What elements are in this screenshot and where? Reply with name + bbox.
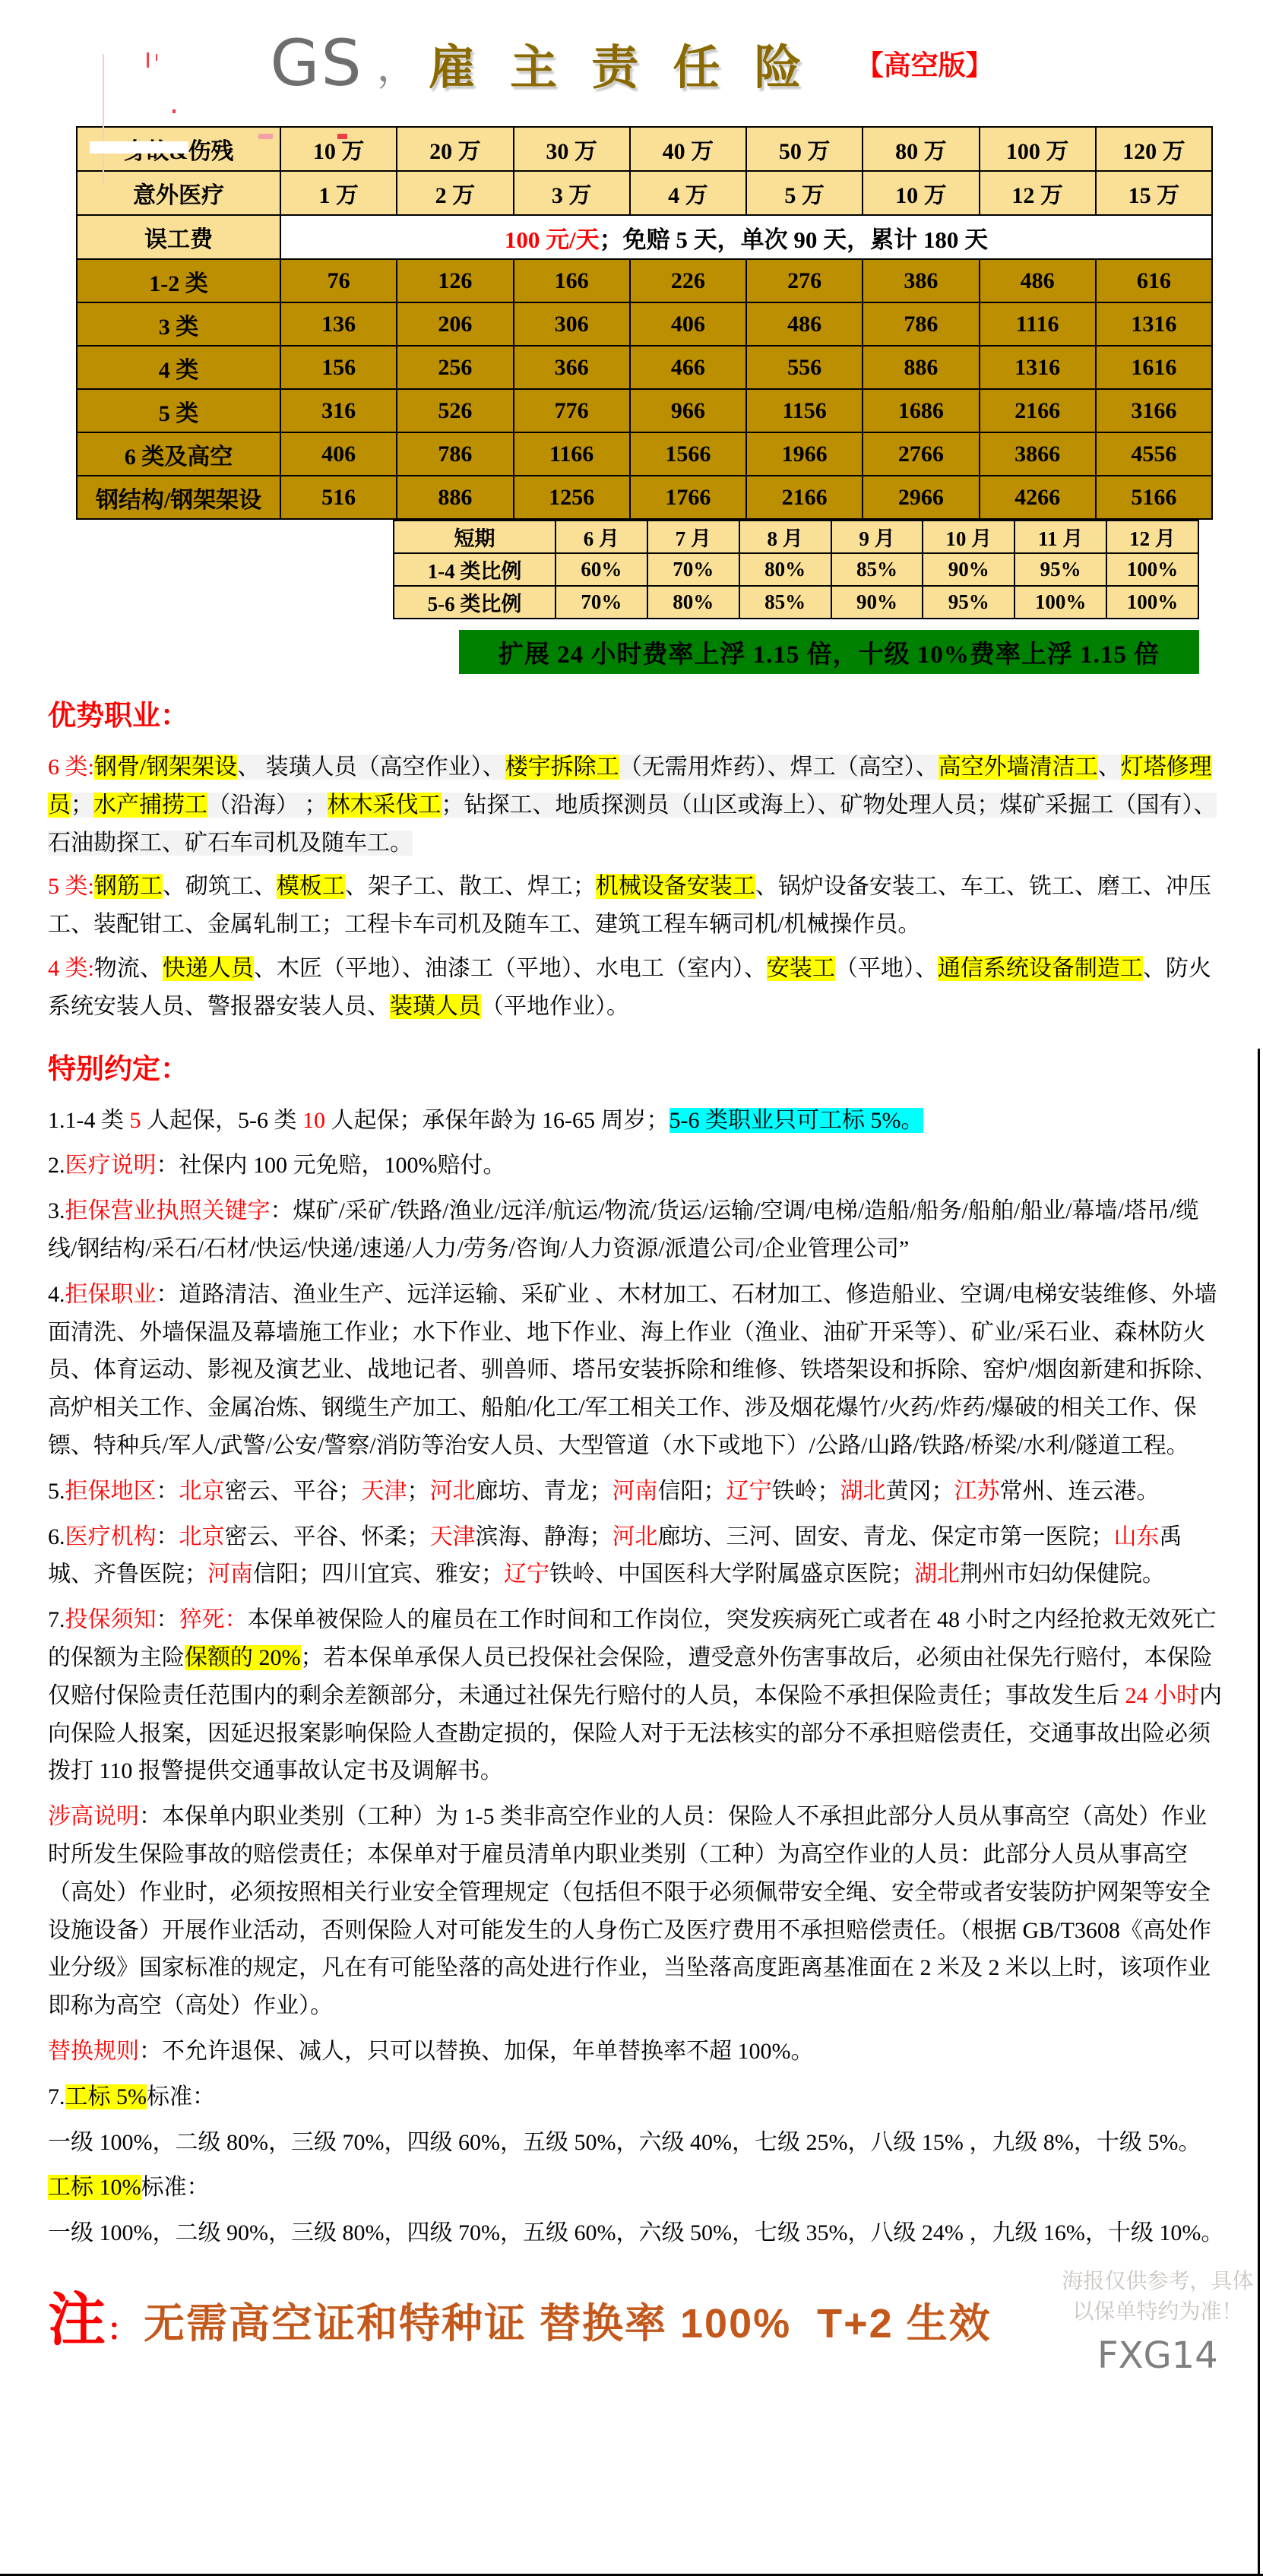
short-table-body: 短期6 月7 月8 月9 月10 月11 月12 月1-4 类比例60%70%8…: [394, 521, 1198, 619]
row-label: 3 类: [77, 302, 280, 346]
row-label: 意外医疗: [77, 171, 280, 215]
row-label: 4 类: [77, 346, 280, 389]
text-segment: 铁岭；: [772, 1479, 840, 1504]
row-label: 6 类及高空: [77, 432, 280, 476]
rate-cell: 616: [1096, 259, 1212, 302]
rate-cell: 1566: [630, 432, 746, 476]
text-segment: 安装工: [767, 956, 835, 981]
text-segment: 河南: [207, 1562, 253, 1587]
note-text: 无需高空证和特种证 替换率 100% T+2 生效: [144, 2291, 992, 2350]
rate-cell: 486: [980, 259, 1096, 302]
rate-cell: 4556: [1096, 432, 1212, 476]
text-segment: 快递人员: [163, 956, 254, 981]
short-term-cell: 70%: [647, 553, 739, 586]
text-segment: 一级 100%，二级 90%，三级 80%，四级 70%，五级 60%，六级 5…: [48, 2220, 1223, 2245]
short-term-cell: 70%: [556, 586, 647, 619]
text-segment: 装璜人员: [390, 994, 481, 1019]
text-segment: 机械设备安装工: [596, 874, 755, 899]
rate-cell: 126: [397, 259, 513, 302]
rate-cell: 3 万: [514, 171, 630, 215]
rate-cell: 166: [514, 259, 630, 302]
rate-cell: 1116: [980, 302, 1096, 346]
text-segment: 河北: [430, 1479, 476, 1504]
text-segment: 拒保职业: [65, 1282, 157, 1307]
grade-5-values: 一级 100%，二级 80%，三级 70%，四级 60%，五级 50%，六级 4…: [48, 2124, 1225, 2162]
special-item-1: 1.1-4 类 5 人起保，5-6 类 10 人起保；承保年龄为 16-65 周…: [48, 1102, 1225, 1140]
short-term-header-cell: 短期: [394, 521, 556, 553]
page-title: 雇 主 责 任 险: [429, 30, 812, 97]
short-term-table: 短期6 月7 月8 月9 月10 月11 月12 月1-4 类比例60%70%8…: [393, 520, 1199, 619]
short-term-cell: 100%: [1106, 586, 1198, 619]
disclaimer-text: 海报仅供参考，具体以保单特约为准！: [1052, 2264, 1263, 2325]
rate-row: 6 类及高空406786116615661966276638664556: [77, 432, 1212, 476]
rate-cell: 5 万: [746, 171, 863, 215]
text-segment: 林木采伐工: [328, 793, 442, 818]
text-segment: 钢骨/钢架架设: [94, 755, 237, 780]
rate-row: 意外医疗1 万2 万3 万4 万5 万10 万12 万15 万: [77, 171, 1212, 215]
rate-cell: 786: [397, 432, 513, 476]
short-term-header-cell: 7 月: [647, 521, 739, 553]
rate-cell: 1616: [1096, 346, 1212, 389]
text-segment: 保额的 20%: [185, 1645, 301, 1670]
short-term-header-row: 短期6 月7 月8 月9 月10 月11 月12 月: [394, 521, 1198, 553]
text-segment: 6.: [48, 1524, 65, 1549]
text-segment: （无需用炸药）、焊工（高空）、: [619, 755, 939, 780]
text-segment: 湖北: [914, 1562, 960, 1587]
text-segment: ；: [407, 1479, 430, 1504]
text-segment: 铁岭、中国医科大学附属盛京医院；: [549, 1562, 914, 1587]
rate-cell: 406: [630, 302, 746, 346]
rate-cell: 256: [397, 346, 513, 389]
rate-cell: 4266: [980, 476, 1096, 519]
artifact-pink-line: [103, 54, 104, 184]
sections: 优势职业：6 类:钢骨/钢架架设、 装璜人员（高空作业）、楼宇拆除工（无需用炸药…: [48, 692, 1225, 2252]
text-segment: 24 小时: [1125, 1683, 1200, 1708]
row-label: 5 类: [77, 389, 280, 432]
text-segment: ：道路清洁、渔业生产、远洋运输、采矿业 、木材加工、石材加工、修造船业、空调/电…: [48, 1282, 1217, 1458]
short-term-cell: 80%: [739, 553, 831, 586]
text-segment: 7.: [48, 2084, 65, 2109]
text-segment: （平地）、: [835, 956, 938, 981]
rate-cell: 886: [397, 476, 513, 519]
text-segment: 标准：: [147, 2084, 215, 2109]
rate-row: 5 类3165267769661156168621663166: [77, 389, 1212, 432]
rate-cell: 80 万: [863, 127, 979, 171]
text-segment: 信阳；: [658, 1479, 726, 1504]
text-segment: 天津: [362, 1479, 407, 1504]
short-term-header-cell: 6 月: [556, 521, 647, 553]
text-segment: 滨海、静海；: [476, 1524, 613, 1549]
version-badge: 【高空版】: [856, 44, 993, 83]
rate-cell: 556: [746, 346, 863, 389]
short-term-cell: 95%: [923, 586, 1015, 619]
company-logo: GS: [270, 26, 362, 100]
rate-row: 4 类15625636646655688613161616: [77, 346, 1212, 389]
text-segment: 拒保地区: [65, 1479, 157, 1504]
header: GS，雇 主 责 任 险【高空版】: [0, 0, 1263, 100]
text-segment: ：: [157, 1479, 179, 1504]
short-term-header-cell: 9 月: [831, 521, 923, 553]
short-term-header-cell: 8 月: [739, 521, 831, 553]
special-item-6: 6.医疗机构：北京密云、平谷、怀柔；天津滨海、静海；河北廊坊、三河、固安、青龙、…: [48, 1518, 1225, 1594]
text-segment: 北京: [179, 1524, 225, 1549]
row-label: 钢结构/钢架架设: [77, 476, 280, 519]
short-term-cell: 80%: [647, 586, 739, 619]
rate-cell: 786: [863, 302, 979, 346]
rate-cell: 120 万: [1096, 127, 1212, 171]
rate-cell: 966: [630, 389, 746, 432]
rate-cell: 1166: [514, 432, 630, 476]
text-segment: 钢筋工: [94, 874, 163, 899]
rate-cell: 366: [514, 346, 630, 389]
grade-10-values: 一级 100%，二级 90%，三级 80%，四级 70%，五级 60%，六级 5…: [48, 2214, 1225, 2252]
rate-cell: 1316: [1096, 302, 1212, 346]
high-altitude-note: 涉高说明：本保单内职业类别（工种）为 1-5 类非高空作业的人员：保险人不承担此…: [48, 1798, 1225, 2025]
text-segment: 一级 100%，二级 80%，三级 70%，四级 60%，五级 50%，六级 4…: [48, 2130, 1201, 2155]
text-segment: 10: [302, 1108, 331, 1133]
rate-cell: 15 万: [1096, 171, 1212, 215]
text-segment: 人起保；承保年龄为 16-65 周岁；: [331, 1108, 669, 1133]
text-segment: 楼宇拆除工: [505, 755, 619, 780]
text-segment: 、: [1098, 755, 1121, 780]
rate-cell: 12 万: [980, 171, 1096, 215]
rate-cell: 1256: [514, 476, 630, 519]
special-item-5: 5.拒保地区：北京密云、平谷；天津；河北廊坊、青龙；河南信阳；辽宁铁岭；湖北黄冈…: [48, 1473, 1225, 1511]
special-item-7: 7.投保须知：猝死：本保单被保险人的雇员在工作时间和工作岗位，突发疾病死亡或者在…: [48, 1601, 1225, 1790]
artifact-red-dot: [173, 109, 176, 113]
text-segment: 涉高说明: [48, 1804, 139, 1829]
text-segment: 医疗说明: [65, 1153, 157, 1178]
rate-cell: 776: [514, 389, 630, 432]
rate-cell: 10 万: [863, 171, 979, 215]
rate-cell: 386: [863, 259, 979, 302]
short-term-cell: 90%: [923, 553, 1015, 586]
text-segment: 水产捕捞工: [93, 793, 207, 818]
text-segment: 通信系统设备制造工: [938, 956, 1143, 981]
text-segment: 天津: [430, 1524, 476, 1549]
rate-cell: 316: [280, 389, 397, 432]
rate-cell: 276: [746, 259, 863, 302]
text-segment: 黄冈；: [886, 1479, 954, 1504]
text-segment: 2.: [48, 1153, 65, 1178]
text-segment: 北京: [179, 1479, 225, 1504]
rate-cell: 226: [630, 259, 746, 302]
artifact-white-patch: [90, 141, 188, 153]
short-term-header-cell: 10 月: [923, 521, 1015, 553]
rate-cell: 466: [630, 346, 746, 389]
text-segment: 模板工: [277, 874, 345, 899]
text-segment: 密云、平谷、怀柔；: [225, 1524, 430, 1549]
text-segment: ：社保内 100 元免赔，100%赔付。: [157, 1153, 506, 1178]
short-term-header-cell: 12 月: [1106, 521, 1198, 553]
text-segment: （沿海） ；: [207, 793, 328, 818]
grade-5-title: 7.工标 5%标准：: [48, 2078, 1225, 2116]
header-comma: ，: [377, 34, 418, 93]
footer-right: 海报仅供参考，具体以保单特约为准！ FXG14: [1052, 2264, 1263, 2377]
rate-cell: 2166: [980, 389, 1096, 432]
artifact-red-tick: [156, 54, 157, 61]
rate-cell: 20 万: [397, 127, 513, 171]
text-segment: 物流、: [94, 956, 163, 981]
text-segment: （平地作业）。: [481, 994, 629, 1019]
text-segment: 5.: [48, 1479, 65, 1504]
text-segment: 4.: [48, 1282, 65, 1307]
rate-cell: 3866: [980, 432, 1096, 476]
artifact-pink-dash: [258, 134, 273, 139]
section-heading: 优势职业：: [48, 692, 1225, 733]
text-segment: 、 装璜人员（高空作业）、: [237, 755, 505, 780]
text-segment: ：: [157, 1524, 179, 1549]
rate-cell: 206: [397, 302, 513, 346]
page-right-border: [1258, 1049, 1260, 2576]
note-colon: ：: [107, 2305, 138, 2349]
class-4-paragraph: 4 类:物流、快递人员、木匠（平地）、油漆工（平地）、水电工（室内）、安装工（平…: [48, 950, 1225, 1026]
grade-10-title: 工标 10%标准：: [48, 2169, 1225, 2207]
rate-cell: 886: [863, 346, 979, 389]
text-segment: 5: [130, 1108, 147, 1133]
rate-cell: 2766: [863, 432, 979, 476]
rate-cell: 516: [280, 476, 397, 519]
text-segment: ：不允许退保、减人，只可以替换、加保，年单替换率不超 100%。: [139, 2039, 814, 2064]
rate-cell: 4 万: [630, 171, 746, 215]
text-segment: 6 类:: [48, 755, 94, 780]
rate-table-body: 身故&伤残10 万20 万30 万40 万50 万80 万100 万120 万意…: [77, 127, 1212, 519]
rate-cell: 526: [397, 389, 513, 432]
wage-highlight: 100 元/天: [505, 226, 600, 253]
poster-code: FXG14: [1052, 2334, 1263, 2377]
short-term-cell: 85%: [831, 553, 923, 586]
text-segment: 辽宁: [726, 1479, 772, 1504]
rate-cell: 2966: [863, 476, 979, 519]
text-segment: 拒保营业执照关键字: [65, 1198, 271, 1223]
short-term-cell: 90%: [831, 586, 923, 619]
rate-row: 身故&伤残10 万20 万30 万40 万50 万80 万100 万120 万: [77, 127, 1212, 171]
note-label: 注: [48, 2292, 106, 2350]
special-item-4: 4.拒保职业：道路清洁、渔业生产、远洋运输、采矿业 、木材加工、石材加工、修造船…: [48, 1276, 1225, 1465]
text-segment: ：本保单内职业类别（工种）为 1-5 类非高空作业的人员：保险人不承担此部分人员…: [48, 1804, 1211, 2018]
wage-rest: ；免赔 5 天，单次 90 天，累计 180 天: [600, 226, 989, 253]
text-segment: 4 类:: [48, 956, 94, 981]
text-segment: 湖北: [840, 1479, 886, 1504]
surcharge-banner: 扩展 24 小时费率上浮 1.15 倍，十级 10%费率上浮 1.15 倍: [459, 630, 1199, 674]
short-term-row: 1-4 类比例60%70%80%85%90%95%100%: [394, 553, 1198, 586]
text-segment: ：: [157, 1607, 179, 1632]
class-6-paragraph: 6 类:钢骨/钢架架设、 装璜人员（高空作业）、楼宇拆除工（无需用炸药）、焊工（…: [48, 748, 1225, 862]
text-segment: 5-6 类职业只可工标 5%。: [669, 1108, 924, 1133]
row-label: 5-6 类比例: [394, 586, 556, 619]
class-5-paragraph: 5 类:钢筋工、砌筑工、模板工、架子工、散工、焊工；机械设备安装工、锅炉设备安装…: [48, 868, 1225, 944]
text-segment: 廊坊、三河、固安、青龙、保定市第一医院；: [658, 1524, 1114, 1549]
rate-row: 1-2 类76126166226276386486616: [77, 259, 1212, 302]
text-segment: 河北: [613, 1524, 658, 1549]
text-segment: 投保须知: [65, 1607, 157, 1632]
short-term-cell: 100%: [1015, 586, 1106, 619]
rate-cell: 1686: [863, 389, 979, 432]
text-segment: 常州、连云港。: [1000, 1479, 1160, 1504]
row-label: 误工费: [77, 215, 280, 259]
text-segment: 工标 10%: [48, 2175, 141, 2200]
text-segment: 辽宁: [504, 1562, 549, 1587]
text-segment: ；: [71, 793, 93, 818]
wage-row: 误工费100 元/天；免赔 5 天，单次 90 天，累计 180 天: [77, 215, 1212, 259]
short-term-cell: 100%: [1106, 553, 1198, 586]
text-segment: 人起保，5-6 类: [147, 1108, 302, 1133]
rate-cell: 1966: [746, 432, 863, 476]
rate-cell: 1156: [746, 389, 863, 432]
text-segment: 医疗机构: [65, 1524, 157, 1549]
text-segment: 工标 5%: [65, 2084, 147, 2109]
rate-cell: 30 万: [514, 127, 630, 171]
text-segment: 江苏: [954, 1479, 1000, 1504]
short-term-cell: 85%: [739, 586, 831, 619]
text-segment: 高空外墙清洁工: [939, 755, 1098, 780]
special-item-3: 3.拒保营业执照关键字：煤矿/采矿/铁路/渔业/远洋/航运/物流/货运/运输/空…: [48, 1192, 1225, 1268]
rate-cell: 2166: [746, 476, 863, 519]
text-segment: 、木匠（平地）、油漆工（平地）、水电工（室内）、: [254, 956, 767, 981]
text-segment: 1.1-4 类: [48, 1108, 130, 1133]
text-segment: 信阳；四川宜宾、雅安；: [253, 1562, 504, 1587]
footer: 注 ： 无需高空证和特种证 替换率 100% T+2 生效 海报仅供参考，具体以…: [48, 2264, 1263, 2377]
rate-row: 3 类13620630640648678611161316: [77, 302, 1212, 346]
rate-cell: 1 万: [280, 171, 397, 215]
rate-cell: 1766: [630, 476, 746, 519]
rate-cell: 2 万: [397, 171, 513, 215]
poster-page: GS，雇 主 责 任 险【高空版】 身故&伤残10 万20 万30 万40 万5…: [0, 0, 1263, 2576]
short-term-row: 5-6 类比例70%80%85%90%95%100%100%: [394, 586, 1198, 619]
rate-cell: 486: [746, 302, 863, 346]
short-term-header-cell: 11 月: [1015, 521, 1106, 553]
short-term-cell: 60%: [556, 553, 647, 586]
replacement-rule: 替换规则：不允许退保、减人，只可以替换、加保，年单替换率不超 100%。: [48, 2033, 1225, 2071]
rate-cell: 406: [280, 432, 397, 476]
rate-row: 钢结构/钢架架设516886125617662166296642665166: [77, 476, 1212, 519]
text-segment: 3.: [48, 1198, 65, 1223]
text-segment: 7.: [48, 1607, 65, 1632]
rate-cell: 76: [280, 259, 397, 302]
row-label: 1-4 类比例: [394, 553, 556, 586]
rate-cell: 40 万: [630, 127, 746, 171]
text-segment: 山东: [1114, 1524, 1160, 1549]
section-heading: 特别约定：: [48, 1046, 1225, 1087]
rate-cell: 136: [280, 302, 397, 346]
text-segment: 廊坊、青龙；: [476, 1479, 613, 1504]
text-segment: 、架子工、散工、焊工；: [345, 874, 596, 899]
rate-cell: 100 万: [980, 127, 1096, 171]
row-label: 1-2 类: [77, 259, 280, 302]
text-segment: 荆州市妇幼保健院。: [960, 1562, 1165, 1587]
rate-table: 身故&伤残10 万20 万30 万40 万50 万80 万100 万120 万意…: [76, 126, 1213, 520]
rate-cell: 1316: [980, 346, 1096, 389]
special-item-2: 2.医疗说明：社保内 100 元免赔，100%赔付。: [48, 1147, 1225, 1185]
text-segment: 5 类:: [48, 874, 94, 899]
text-segment: 标准：: [141, 2175, 210, 2200]
text-segment: 河南: [613, 1479, 658, 1504]
text-segment: 密云、平谷；: [225, 1479, 362, 1504]
rate-cell: 50 万: [746, 127, 863, 171]
short-term-cell: 95%: [1015, 553, 1106, 586]
artifact-red-bar: [147, 52, 149, 68]
rate-cell: 156: [280, 346, 397, 389]
rate-cell: 5166: [1096, 476, 1212, 519]
rate-cell: 306: [514, 302, 630, 346]
artifact-red-dash: [337, 134, 347, 139]
text-segment: 替换规则: [48, 2039, 139, 2064]
text-segment: 猝死：: [179, 1607, 248, 1632]
text-segment: 、砌筑工、: [163, 874, 277, 899]
rate-cell: 3166: [1096, 389, 1212, 432]
wage-cell: 100 元/天；免赔 5 天，单次 90 天，累计 180 天: [280, 215, 1212, 259]
